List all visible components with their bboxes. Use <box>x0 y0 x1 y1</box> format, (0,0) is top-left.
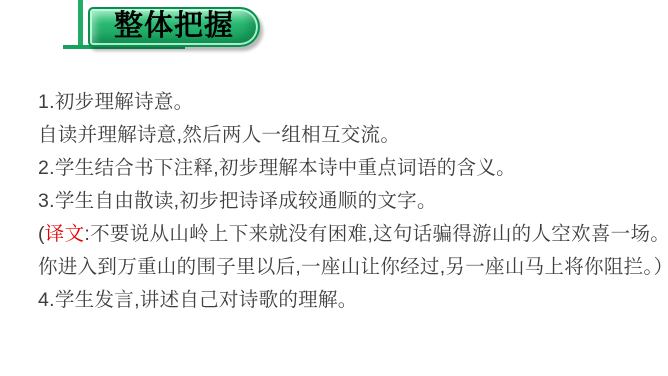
text-line-step-2: 2.学生结合书下注释,初步理解本诗中重点词语的含义。 <box>38 152 653 185</box>
text-line-step-1: 1.初步理解诗意。 <box>38 86 653 119</box>
text-line-step-3: 3.学生自由散读,初步把诗译成较通顺的文字。 <box>38 185 653 218</box>
section-title-badge: 整体把握 <box>88 7 260 47</box>
translation-text-part1: :不要说从山岭上下来就没有困难,这句话骗得游山的人空欢喜一场。当 <box>84 223 668 245</box>
text-line-translation-2: 你进入到万重山的围子里以后,一座山让你经过,另一座山马上将你阻拦。） <box>38 251 653 284</box>
text-line-translation-1: (译文:不要说从山岭上下来就没有困难,这句话骗得游山的人空欢喜一场。当 <box>38 218 653 251</box>
presentation-slide: 整体把握 1.初步理解诗意。 自读并理解诗意,然后两人一组相互交流。 2.学生结… <box>0 0 668 376</box>
translation-open-paren: ( <box>38 223 45 245</box>
section-title: 整体把握 <box>114 12 234 41</box>
text-line-step-4: 4.学生发言,讲述自己对诗歌的理解。 <box>38 284 653 317</box>
translation-label: 译文 <box>45 223 85 245</box>
header-accent-vertical-bar <box>78 0 83 48</box>
lesson-steps: 1.初步理解诗意。 自读并理解诗意,然后两人一组相互交流。 2.学生结合书下注释… <box>38 86 653 317</box>
text-line-step-1-detail: 自读并理解诗意,然后两人一组相互交流。 <box>38 119 653 152</box>
